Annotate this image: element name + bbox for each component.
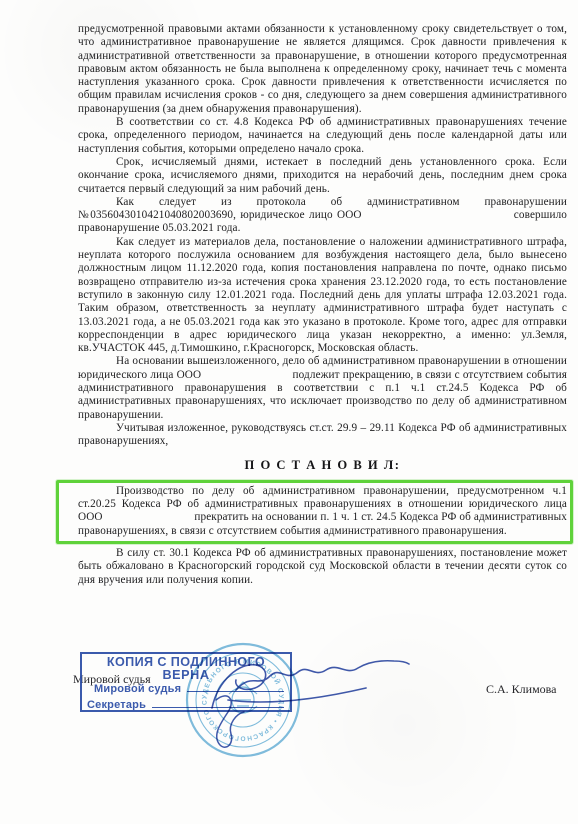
- judge-name-label: С.А. Климова: [486, 682, 557, 697]
- paragraph-term-expiry: Срок, исчисляемый днями, истекает в посл…: [78, 156, 567, 196]
- paragraph-guided-by: Учитывая изложенное, руководствуясь ст.с…: [78, 422, 567, 449]
- copy-stamp-secretary-label: Секретарь: [87, 699, 146, 711]
- paragraph-st-4-8: В соответствии со ст. 4.8 Кодекса РФ об …: [78, 116, 567, 156]
- paragraph-case-termination: На основании вышеизложенного, дело об ад…: [78, 355, 567, 421]
- paragraph-resolution: Производство по делу об административном…: [78, 485, 567, 538]
- resolution-heading: П О С Т А Н О В И Л:: [78, 459, 567, 472]
- judge-handwritten-signature: [198, 648, 413, 763]
- document-page: предусмотренной правовыми актами обязанн…: [0, 0, 578, 824]
- document-text-block: предусмотренной правовыми актами обязанн…: [78, 23, 567, 587]
- copy-stamp-judge-label: Мировой судья: [94, 683, 181, 695]
- paragraph-protocol-number: Как следует из протокола об администрати…: [78, 196, 567, 236]
- paragraph-case-materials: Как следует из материалов дела, постанов…: [78, 236, 567, 356]
- signature-area: Мировой судья С.А. Климова КОПИЯ С ПОДЛИ…: [0, 646, 578, 824]
- paragraph-duration-offense: предусмотренной правовыми актами обязанн…: [78, 23, 567, 116]
- secretary-handwritten-signature: [216, 696, 244, 747]
- highlighted-resolution-box: Производство по делу об административном…: [56, 480, 573, 544]
- paragraph-appeal: В силу ст. 30.1 Кодекса РФ об администра…: [78, 547, 567, 587]
